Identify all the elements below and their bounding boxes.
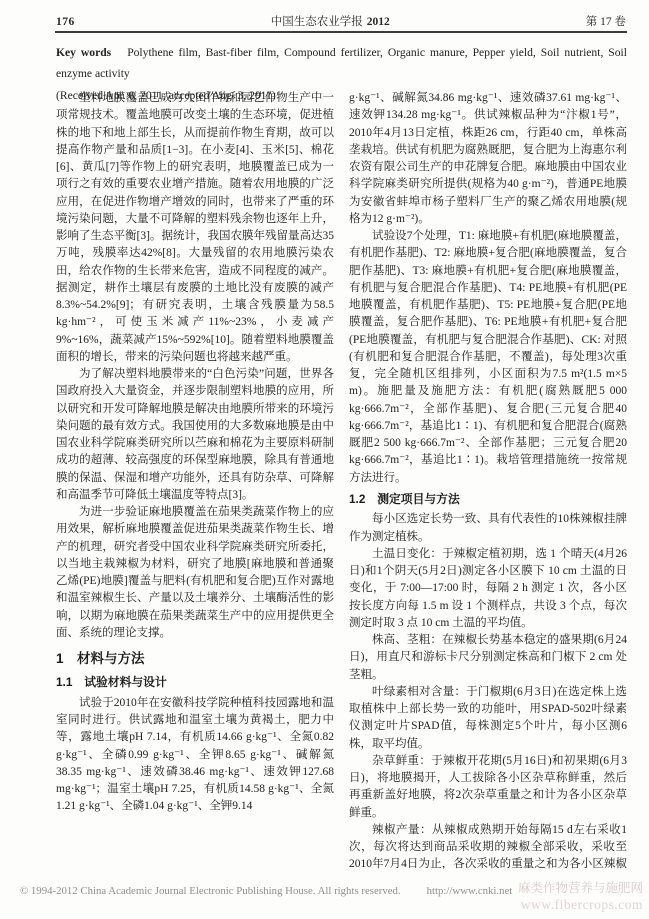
methods-paragraph-5: 杂草鲜重：于辣椒开花期(5月16日)和初果期(6月3日)，将地膜揭开，人工拔除各… <box>349 753 627 822</box>
footer-copyright-line: © 1994-2012 China Academic Journal Elect… <box>20 885 641 897</box>
volume-label: 第 17 卷 <box>586 13 626 29</box>
copyright-text: © 1994-2012 China Academic Journal Elect… <box>20 885 401 897</box>
journal-name: 中国生态农业学报 <box>271 16 363 28</box>
methods-paragraph-2: 土温日变化：于辣椒定植初期，选 1 个晴天(4月26日)和1个阴天(5月2日)测… <box>349 546 627 632</box>
keywords-terms: Polythene film, Bast-fiber film, Compoun… <box>56 46 627 80</box>
materials-paragraph-continuation: g·kg⁻¹、碱解氮34.86 mg·kg⁻¹、速效磷37.61 mg·kg⁻¹… <box>349 90 627 228</box>
subsection-heading-1-1: 1.1 试验材料与设计 <box>56 674 334 692</box>
intro-paragraph-3: 为进一步验证麻地膜覆盖在茄果类蔬菜作物上的应用效果，解析麻地膜覆盖促进茄果类蔬菜… <box>56 504 334 642</box>
watermark-url-text: www.fibercrops.com <box>413 897 643 914</box>
left-column: 塑料地膜覆盖已成为大田作物和园艺作物生产中一项常规技术。覆盖地膜可改变土壤的生态… <box>56 90 334 869</box>
methods-paragraph-3: 株高、茎粗：在辣椒长势基本稳定的盛果期(6月24日)，用直尺和游标卡尺分别测定株… <box>349 632 627 684</box>
materials-paragraph: 试验于2010年在安徽科技学院种植科技园露地和温室同时进行。供试露地和温室土壤为… <box>56 695 334 816</box>
subsection-heading-1-2: 1.2 测定项目与方法 <box>349 491 627 509</box>
article-body: 塑料地膜覆盖已成为大田作物和园艺作物生产中一项常规技术。覆盖地膜可改变土壤的生态… <box>56 90 627 869</box>
methods-paragraph-1: 每小区选定长势一致、具有代表性的10株辣椒挂牌作为测定植株。 <box>349 511 627 546</box>
intro-paragraph-2: 为了解决塑料地膜带来的“白色污染”问题，世界各国政府投入大量资金，并逐步限制塑料… <box>56 366 334 504</box>
section-heading-materials-methods: 1 材料与方法 <box>56 649 334 669</box>
journal-title: 中国生态农业学报2012 <box>271 13 390 29</box>
methods-paragraph-6: 辣椒产量：从辣椒成熟期开始每隔15 d左右采收1次，每次将达到商品采收期的辣椒全… <box>349 822 627 869</box>
journal-year: 2012 <box>367 16 390 28</box>
keywords-line: Key wordsPolythene film, Bast-fiber film… <box>56 42 627 85</box>
paper-page: 176 中国生态农业学报2012 第 17 卷 Key wordsPolythe… <box>0 0 649 919</box>
page-number: 176 <box>56 16 75 28</box>
intro-paragraph-1: 塑料地膜覆盖已成为大田作物和园艺作物生产中一项常规技术。覆盖地膜可改变土壤的生态… <box>56 90 334 366</box>
treatments-paragraph: 试验设7个处理，T1: 麻地膜+有机肥(麻地膜覆盖，有机肥作基肥)、T2: 麻地… <box>349 228 627 487</box>
cnki-url-text: http://www.cnki.net <box>427 885 513 897</box>
page-header: 176 中国生态农业学报2012 第 17 卷 <box>56 13 626 29</box>
right-column: g·kg⁻¹、碱解氮34.86 mg·kg⁻¹、速效磷37.61 mg·kg⁻¹… <box>349 90 627 869</box>
keywords-label: Key words <box>56 46 111 59</box>
header-rule <box>55 31 627 33</box>
methods-paragraph-4: 叶绿素相对含量：于门椒期(6月3日)在选定株上选取植株中上部长势一致的功能叶，用… <box>349 684 627 753</box>
